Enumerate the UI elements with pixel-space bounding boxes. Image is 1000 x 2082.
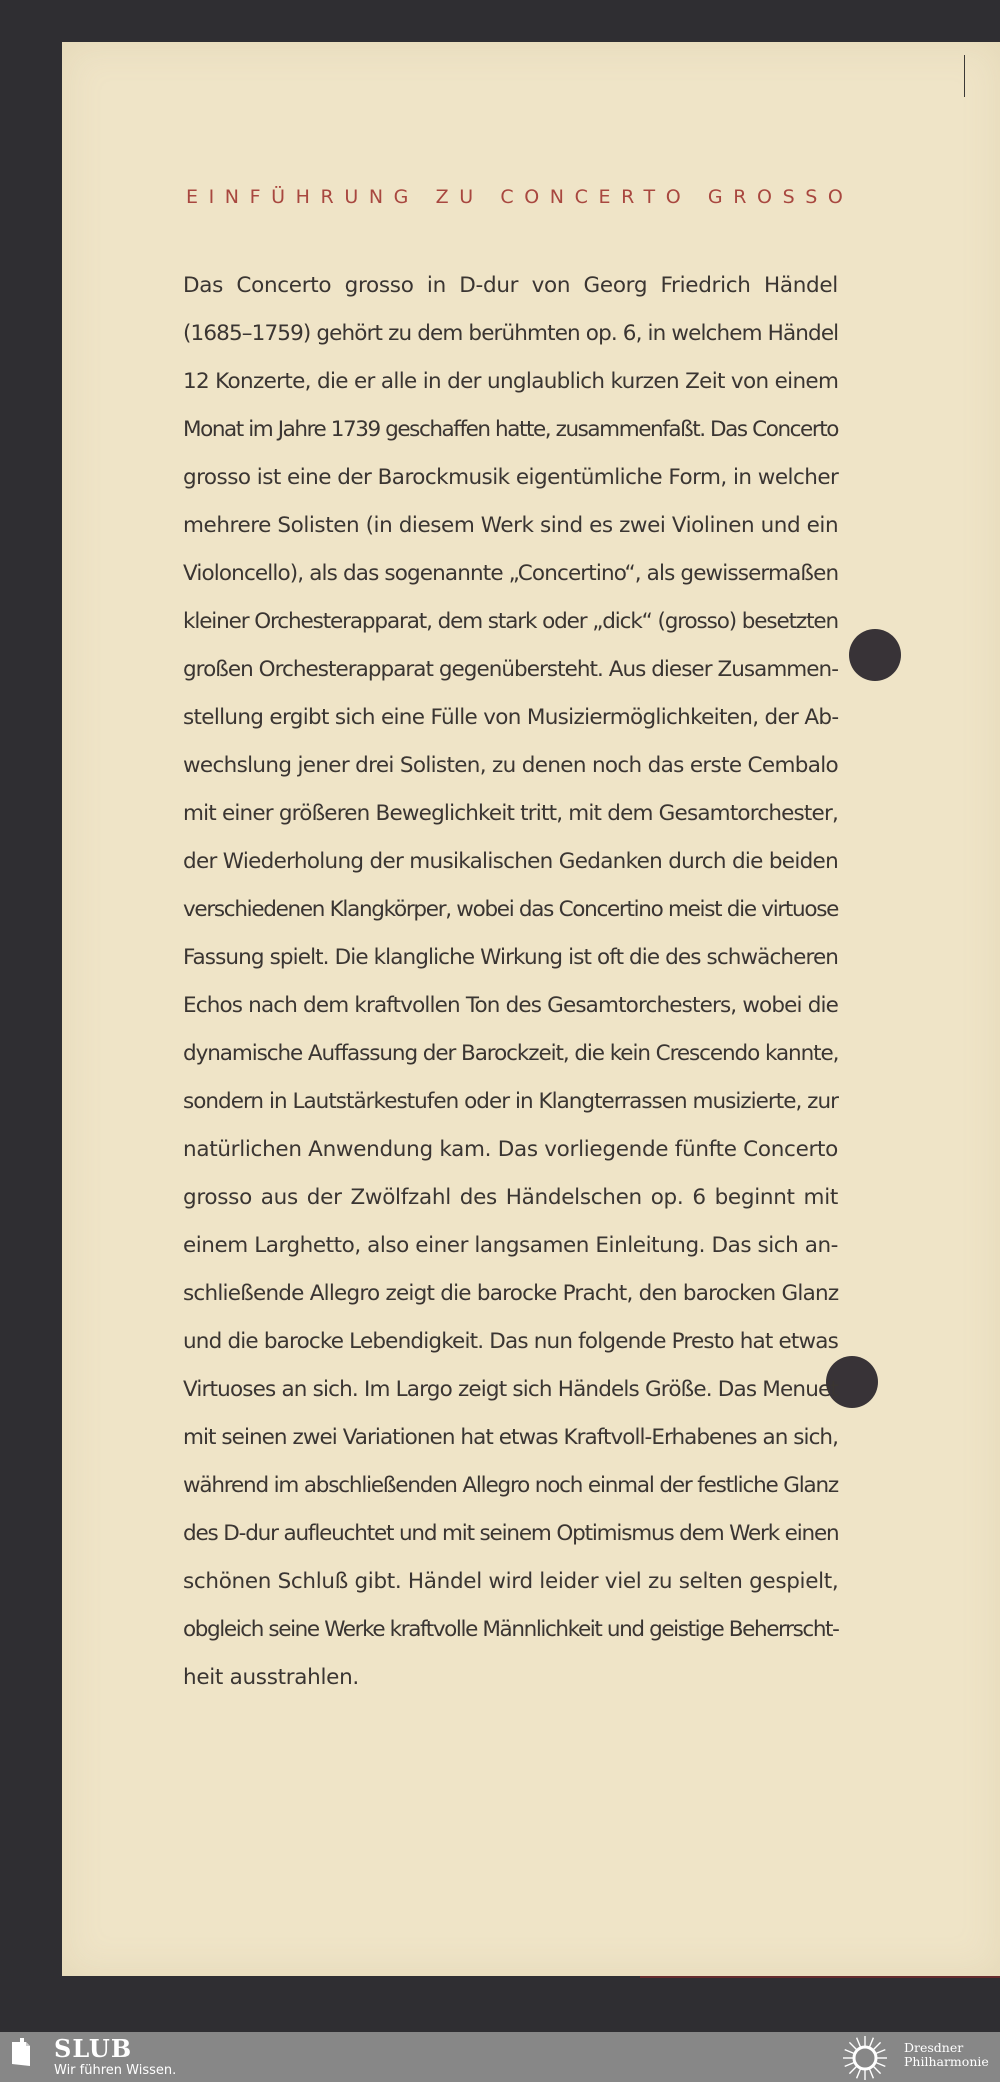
text-line: (1685–1759) gehört zu dem berühmten op. … [183, 316, 838, 364]
text-line: schönen Schluß gibt. Händel wird leider … [183, 1564, 838, 1612]
text-line: Monat im Jahre 1739 geschaffen hatte, zu… [183, 412, 838, 460]
sunburst-ring-icon [842, 2035, 888, 2081]
dresdner-philharmonie-name: Dresdner Philharmonie [904, 2041, 989, 2069]
slub-name: SLUB [54, 2034, 132, 2063]
text-line: obgleich seine Werke kraftvolle Männlich… [183, 1612, 838, 1660]
text-line: und die barocke Lebendigkeit. Das nun fo… [183, 1324, 838, 1372]
text-line: natürlichen Anwendung kam. Das vorliegen… [183, 1132, 838, 1180]
text-line: dynamische Auffassung der Barockzeit, di… [183, 1036, 838, 1084]
slub-link[interactable]: SLUB Wir führen Wissen. [0, 2032, 200, 2082]
punch-hole-icon [849, 629, 901, 681]
page-bottom-edge [640, 1976, 1000, 1978]
text-line: großen Orchesterapparat gegenübersteht. … [183, 652, 838, 700]
text-line: mit seinen zwei Variationen hat etwas Kr… [183, 1420, 838, 1468]
text-line: Das Concerto grosso in D-dur von Georg F… [183, 268, 838, 316]
text-line: einem Larghetto, also einer langsamen Ei… [183, 1228, 838, 1276]
body-paragraph: Das Concerto grosso in D-dur von Georg F… [183, 268, 838, 1708]
page-title: EINFÜHRUNG ZU CONCERTO GROSSO [186, 186, 846, 208]
text-line: Fassung spielt. Die klangliche Wirkung i… [183, 940, 838, 988]
text-line: Violoncello), als das sogenannte „Concer… [183, 556, 838, 604]
text-line: grosso ist eine der Barockmusik eigentüm… [183, 460, 838, 508]
text-line: stellung ergibt sich eine Fülle von Musi… [183, 700, 838, 748]
text-line: Virtuoses an sich. Im Largo zeigt sich H… [183, 1372, 838, 1420]
text-line: heit ausstrahlen. [183, 1660, 838, 1708]
text-line: der Wiederholung der musikalischen Gedan… [183, 844, 838, 892]
text-line: Echos nach dem kraftvollen Ton des Gesam… [183, 988, 838, 1036]
footer-bar: SLUB Wir führen Wissen. Dresdner Philhar… [0, 2032, 1000, 2082]
dresdner-philharmonie-link[interactable]: Dresdner Philharmonie [836, 2032, 1000, 2082]
text-line: wechslung jener drei Solisten, zu denen … [183, 748, 838, 796]
text-line: sondern in Lautstärkestufen oder in Klan… [183, 1084, 838, 1132]
text-line: 12 Konzerte, die er alle in der unglaubl… [183, 364, 838, 412]
text-line: während im abschließenden Allegro noch e… [183, 1468, 838, 1516]
page-edge-mark [964, 55, 965, 97]
text-line: verschiedenen Klangkörper, wobei das Con… [183, 892, 838, 940]
text-line: grosso aus der Zwölfzahl des Händelschen… [183, 1180, 838, 1228]
text-line: des D-dur aufleuchtet und mit seinem Opt… [183, 1516, 838, 1564]
text-line: schließende Allegro zeigt die barocke Pr… [183, 1276, 838, 1324]
text-line: mehrere Solisten (in diesem Werk sind es… [183, 508, 838, 556]
book-pages-icon [12, 2038, 42, 2066]
slub-tagline: Wir führen Wissen. [54, 2063, 176, 2078]
text-line: kleiner Orchesterapparat, dem stark oder… [183, 604, 838, 652]
text-line: mit einer größeren Beweglichkeit tritt, … [183, 796, 838, 844]
